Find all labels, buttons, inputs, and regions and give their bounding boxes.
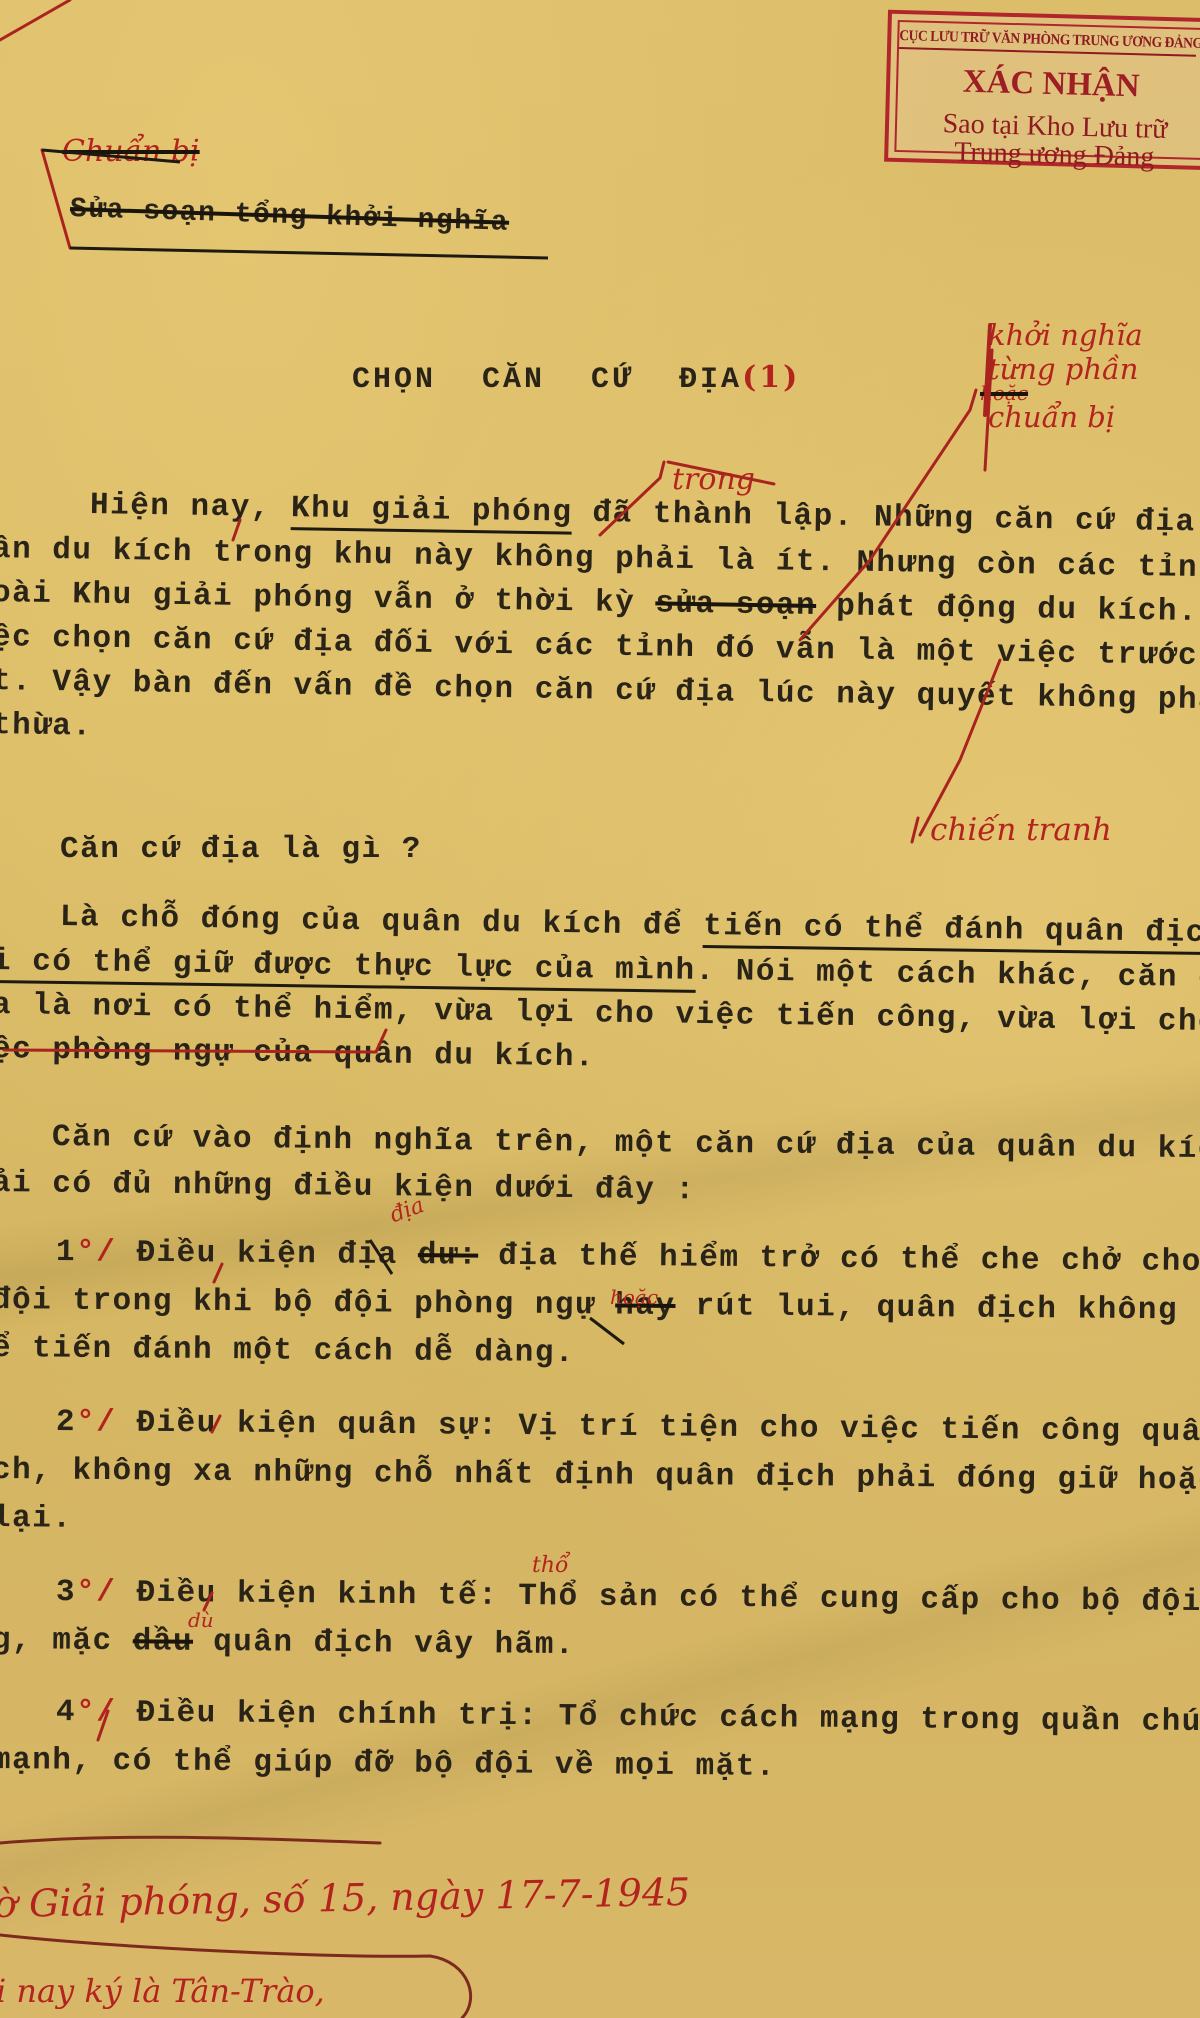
struck-word: dư: [418,1238,479,1274]
insert-du: dù [188,1608,214,1632]
footer-note-renamed: i nay ký là Tân-Trào, [0,1972,325,2010]
text-line: thừa. [0,708,93,745]
ordinal-mark: °/ [76,1695,137,1731]
line-text: đội trong khi bộ đội phòng ngự [0,1283,615,1323]
line-text: Vị trí tiện cho việc tiến công quân [518,1409,1200,1450]
insert-chien-tranh: chiến tranh [930,812,1112,848]
margin-note-right: khởi nghĩa từng phần hoặc chuẩn bị [988,318,1143,434]
archive-stamp: CỤC LƯU TRỮ VĂN PHÒNG TRUNG ƯƠNG ĐẢNG XÁ… [884,10,1200,171]
underlined-phrase: tiến có thể đánh quân địch [703,909,1200,955]
title-word: CĂN [482,363,545,397]
footnote-mark: (1) [742,360,800,395]
line-text: mạnh, có thể giúp đỡ bộ đội về mọi mặt. [0,1743,776,1785]
condition-number: 3 [56,1575,76,1610]
underlined-phrase: Khu giải phóng [291,491,573,534]
question-heading: Căn cứ địa là gì ? [30,832,422,867]
line-text: quân địch vây hãm. [193,1625,575,1663]
line-text: Tổ chức cách mạng trong quần chúng [558,1699,1200,1740]
condition-number: 1 [56,1235,76,1270]
insert-trong: trong [672,462,755,497]
line-text: ể tiến đánh một cách dễ dàng. [0,1331,575,1371]
margin-note-line: hoặc [980,386,1143,400]
struck-word: dầu [133,1624,194,1660]
line-text: lại. [0,1501,73,1537]
title-word: CỨ [591,363,633,397]
line-text: Hiện nay, [90,488,292,526]
ordinal-mark: °/ [76,1405,137,1441]
margin-note-line: khởi nghĩa [988,318,1143,352]
title-word: CHỌN [352,363,436,397]
document-title: CHỌNCĂNCỨĐỊA(1) [352,360,800,397]
line-text: rút lui, quân địch không [675,1289,1178,1328]
condition-line: g, mặc dầu quân địch vây hãm. [0,1623,575,1663]
title-word: ĐỊA [679,363,742,397]
condition-line: ể tiến đánh một cách dễ dàng. [0,1331,575,1371]
struck-handwritten-header: Chuẩn bị [62,134,200,169]
line-text: Điều kiện quân sự: [136,1406,518,1444]
ordinal-mark: °/ [76,1575,137,1611]
line-text: thừa. [0,708,93,745]
insert-tho: thổ [532,1553,568,1578]
struck-word: sửa soạn [655,586,816,624]
condition-line: mạnh, có thể giúp đỡ bộ đội về mọi mặt. [0,1743,776,1785]
line-text: phát động du kích. [816,589,1198,630]
insert-hoac: hoặc [610,1285,658,1309]
condition-number: 2 [56,1405,76,1440]
ordinal-mark: °/ [76,1235,137,1271]
line-text: địa thế hiểm trở có thể che chở cho [478,1239,1200,1280]
line-text: ải có đủ những điều kiện dưới đây : [0,1166,696,1208]
line-text: Điều kiện địa [136,1236,418,1273]
line-text: Thổ sản có thể cung cấp cho bộ đội [518,1579,1200,1620]
margin-note-line: chuẩn bị [988,400,1143,434]
line-text: Điều kiện chính trị: [136,1696,558,1735]
line-text: g, mặc [0,1623,133,1659]
text-line: ải có đủ những điều kiện dưới đây : [0,1166,696,1208]
condition-number: 4 [56,1695,76,1730]
condition-line: lại. [0,1501,73,1537]
